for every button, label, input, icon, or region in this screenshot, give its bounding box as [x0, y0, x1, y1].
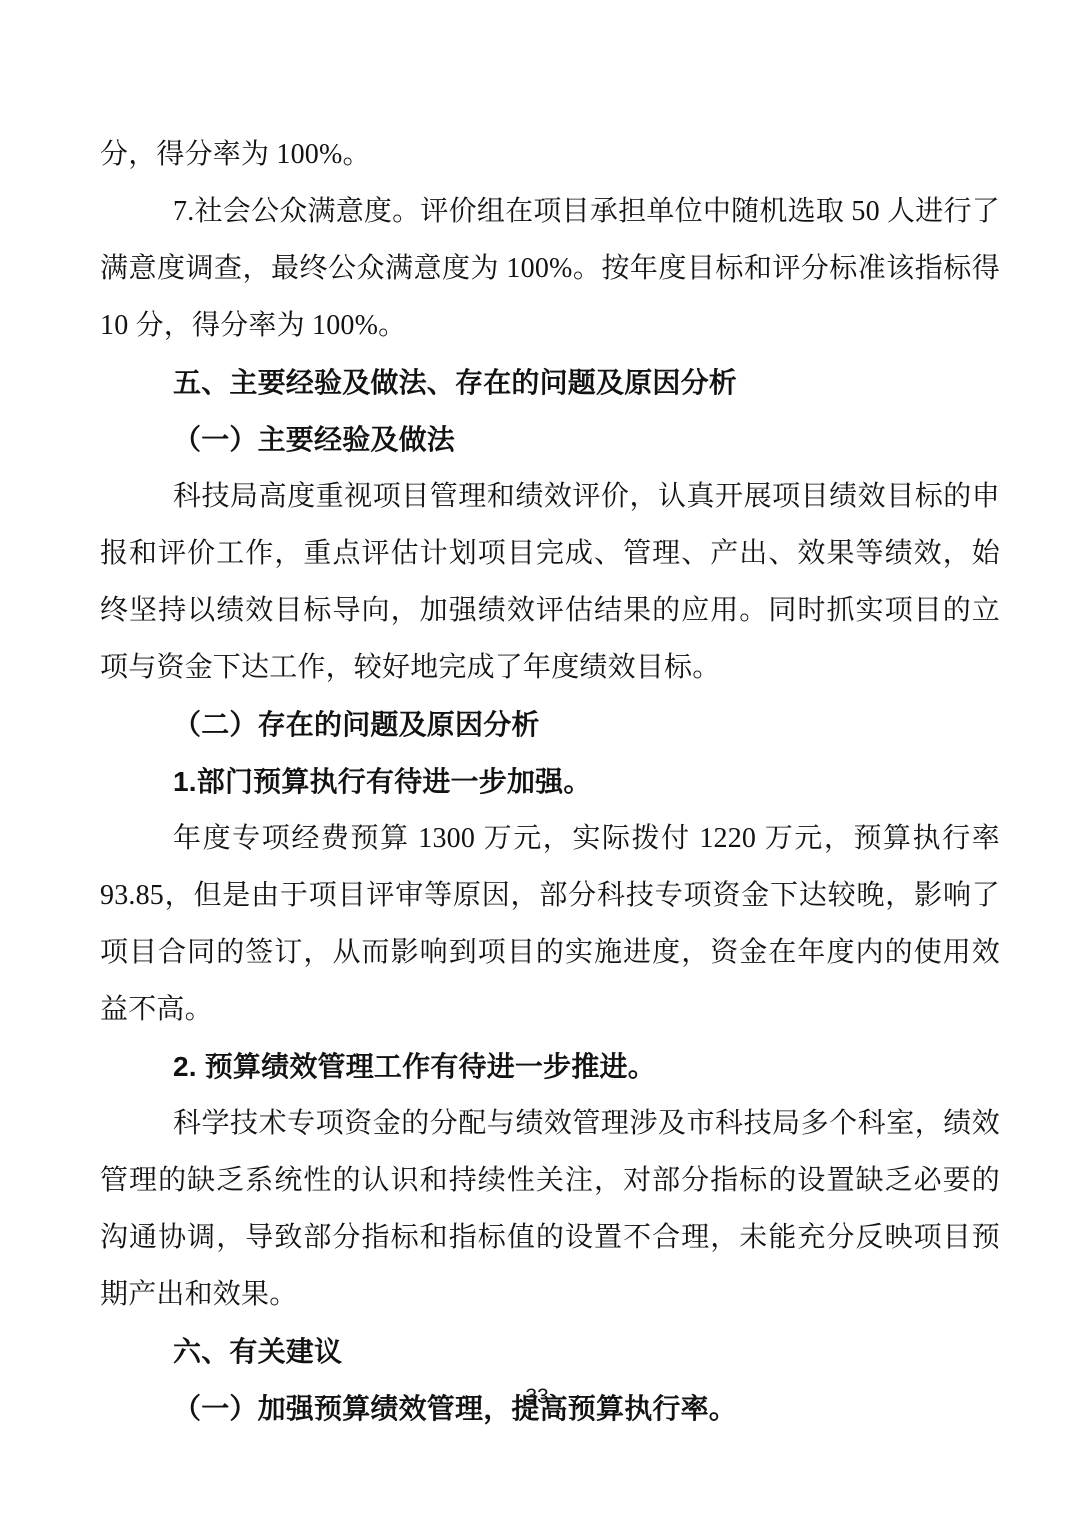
paragraph: 科技局高度重视项目管理和绩效评价，认真开展项目绩效目标的申报和评价工作，重点评估…	[100, 468, 1000, 696]
paragraph: 分，得分率为 100%。	[100, 126, 1000, 183]
page-number: 33	[525, 1385, 548, 1408]
document-content: 分，得分率为 100%。7.社会公众满意度。评价组在项目承担单位中随机选取 50…	[100, 126, 1000, 1437]
document-page: 分，得分率为 100%。7.社会公众满意度。评价组在项目承担单位中随机选取 50…	[0, 0, 1074, 1520]
section-heading: 五、主要经验及做法、存在的问题及原因分析	[100, 354, 1000, 411]
section-heading: （二）存在的问题及原因分析	[100, 696, 1000, 753]
section-heading: 六、有关建议	[100, 1323, 1000, 1380]
section-heading: 1.部门预算执行有待进一步加强。	[100, 753, 1000, 810]
paragraph: 科学技术专项资金的分配与绩效管理涉及市科技局多个科室，绩效管理的缺乏系统性的认识…	[100, 1095, 1000, 1323]
paragraph: 年度专项经费预算 1300 万元，实际拨付 1220 万元，预算执行率 93.8…	[100, 810, 1000, 1038]
page-footer: 33	[0, 1383, 1074, 1411]
section-heading: 2. 预算绩效管理工作有待进一步推进。	[100, 1038, 1000, 1095]
section-heading: （一）主要经验及做法	[100, 411, 1000, 468]
paragraph: 7.社会公众满意度。评价组在项目承担单位中随机选取 50 人进行了满意度调查，最…	[100, 183, 1000, 354]
